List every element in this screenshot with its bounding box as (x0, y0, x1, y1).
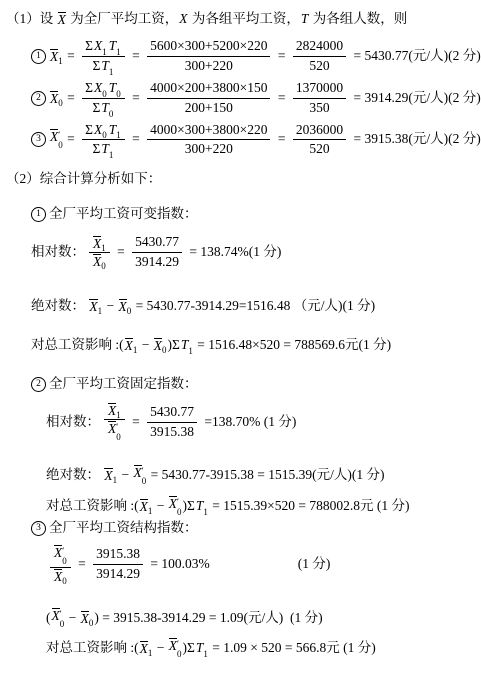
fraction: 1370000350 (293, 80, 346, 117)
formula-x0-bar: 2X0 = ΣX0T0ΣT0 = 4000×200+3800×150200+15… (0, 80, 481, 117)
fraction-numerator: ΣX1T1 (82, 38, 125, 57)
subscript: 1 (101, 244, 106, 253)
fraction-numerator: ΣX0T1 (82, 122, 125, 141)
math-variable: X1 (50, 49, 63, 64)
variable-letter: X (94, 80, 102, 95)
variable: T (181, 337, 189, 354)
text-run: Σ (93, 58, 101, 75)
overline-variable: X (54, 545, 62, 560)
math-variable: X0 (119, 299, 132, 314)
prime-subscript-stack: ′0 (116, 423, 121, 442)
subscript: 1 (116, 411, 121, 420)
text-run: = (64, 48, 78, 65)
subscript: 1 (113, 476, 118, 485)
fraction-numerator: 3915.38 (93, 546, 143, 565)
text-run: − (138, 337, 152, 354)
variable-letter: X (50, 49, 58, 64)
text-run: Σ (85, 38, 93, 55)
variable-letter: X (134, 465, 142, 480)
subscript: 0 (177, 508, 182, 517)
math-variable: X1 (104, 468, 117, 483)
variable-letter: X (94, 122, 102, 137)
relative-number-variable: 相对数：X1X0 = 5430.773914.29 = 138.74%(1 分) (0, 234, 481, 271)
math-variable: X1 (94, 38, 107, 55)
text-run: = 1516.48×520 = 788569.6元(1 分) (194, 337, 391, 354)
variable-letter: X (108, 403, 116, 418)
math-variable: T1 (196, 640, 208, 657)
text-run: = 3914.29(元/人) (350, 90, 448, 107)
prime-mark: ′ (60, 610, 62, 619)
variable-letter: X (140, 641, 148, 656)
text-run: = (75, 556, 89, 573)
variable: T (109, 38, 117, 55)
math-variable: T1 (181, 337, 193, 354)
variable-letter: X (125, 338, 133, 353)
overline-variable: X (140, 641, 148, 656)
text-run: 为全厂平均工资， (67, 11, 178, 28)
circled-number: 1 (31, 49, 46, 64)
text-run: 2036000 (296, 122, 343, 139)
variable: T (101, 141, 109, 158)
prime-subscript-stack: ′0 (58, 131, 63, 150)
fraction: 2824000520 (293, 38, 346, 75)
fraction-denominator: 350 (309, 99, 329, 117)
fraction-denominator: ΣT0 (93, 99, 115, 117)
relative-number-structure: X′0X0 = 3915.383914.29 = 100.03%(1 分) (0, 545, 481, 584)
text-run: 绝对数： (46, 467, 103, 484)
overline-variable: X (50, 91, 58, 106)
math-variable: T (301, 11, 309, 28)
overline-variable: X (52, 608, 60, 623)
fraction: X1X′0 (104, 403, 125, 442)
variable: T (196, 498, 204, 515)
variable: T (109, 122, 117, 139)
variable-letter: T (101, 100, 109, 115)
text-run: 300+220 (185, 58, 233, 75)
prime-subscript-stack: ′0 (177, 498, 182, 517)
text-run: − (65, 610, 79, 627)
fraction: 3915.383914.29 (93, 546, 143, 583)
variable: X (94, 38, 102, 55)
text-run: 520 (309, 141, 329, 158)
text-run: = 5430.77-3915.38 = 1515.39(元/人)(1 分) (147, 467, 384, 484)
prime-mark: ′ (58, 131, 60, 140)
text-run: 对总工资影响 :( (31, 337, 124, 354)
overline-variable: X (108, 403, 116, 418)
overline-variable: X (50, 49, 58, 64)
text-run: = (129, 90, 143, 107)
fraction: 4000×300+3800×220300+220 (147, 122, 270, 159)
text-run: 为各组人数，则 (309, 11, 407, 28)
text-run: − (153, 498, 167, 515)
overline-variable: X (50, 129, 58, 144)
math-variable: X′0 (169, 496, 182, 517)
total-wage-effect-variable: 对总工资影响 :(X1 − X0)ΣT1 = 1516.48×520 = 788… (0, 336, 481, 355)
fraction-denominator: ΣT1 (93, 57, 115, 75)
subscript: 1 (58, 57, 63, 66)
variable-letter: X (104, 468, 112, 483)
fraction-numerator: X1 (89, 236, 110, 253)
text-run: Σ (93, 141, 101, 158)
text-run: 5430.77 (135, 234, 179, 251)
text-run: 对总工资影响 :( (46, 498, 139, 515)
text-run: 全厂平均工资可变指数： (49, 206, 198, 223)
overline-variable: X (169, 638, 177, 653)
overline-variable: X (154, 338, 162, 353)
text-run: 相对数： (31, 244, 85, 261)
subscript: 0 (127, 307, 132, 316)
subscript: 0 (102, 131, 107, 140)
fraction-numerator: 2036000 (293, 122, 346, 141)
variable-letter: X (50, 129, 58, 144)
text-run: 5600×300+5200×220 (150, 38, 267, 55)
overline-variable: X (93, 236, 101, 251)
text-run: = (129, 414, 143, 431)
text-run: 1370000 (296, 80, 343, 97)
text-run: （1）设 (6, 11, 57, 28)
text-run: = 100.03% (147, 556, 210, 573)
subscript: 1 (133, 346, 138, 355)
circled-number: 1 (31, 207, 46, 222)
variable-letter: X (93, 236, 101, 251)
math-variable: X1 (140, 499, 153, 514)
variable-letter: X (52, 608, 60, 623)
absolute-number-variable: 绝对数： X1 − X0 = 5430.77-3914.29=1516.48 （… (0, 297, 481, 316)
variable-letter: T (101, 141, 109, 156)
variable-letter: X (93, 254, 101, 269)
math-variable: X′0 (134, 465, 147, 486)
overline-variable: X (89, 299, 97, 314)
variable: T (196, 640, 204, 657)
variable-letter: X (94, 38, 102, 53)
overline-variable: X (125, 338, 133, 353)
subscript: 1 (116, 48, 121, 57)
variable: X (94, 80, 102, 97)
variable: X (94, 122, 102, 139)
text-run: )Σ (168, 337, 180, 354)
formula-x1-bar: 1X1 = ΣX1T1ΣT1 = 5600×300+5200×220300+22… (0, 38, 481, 75)
text-run: 全厂平均工资结构指数： (49, 520, 198, 537)
subscript: 1 (102, 48, 107, 57)
math-variable: X0 (54, 569, 67, 584)
fraction-denominator: X′0 (107, 420, 122, 442)
total-wage-effect-structure: 对总工资影响 :(X1 − X′0)ΣT1 = 1.09 × 520 = 566… (0, 638, 481, 659)
text-run: 全厂平均工资固定指数： (49, 376, 198, 393)
subscript: 0 (62, 557, 67, 566)
overline-variable: X (140, 499, 148, 514)
text-run: = 1515.39×520 = 788002.8元 (1 分) (209, 498, 410, 515)
text-run: − (118, 467, 132, 484)
overline-variable: X (108, 421, 116, 436)
absolute-number-fixed: 绝对数： X1 − X′0 = 5430.77-3915.38 = 1515.3… (0, 465, 481, 486)
fraction: X1X0 (89, 236, 110, 269)
math-variable: X1 (108, 403, 121, 418)
document-page: （1）设 X 为全厂平均工资，X 为各组平均工资，T 为各组人数，则1X1 = … (0, 0, 481, 675)
subscript: 1 (148, 507, 153, 516)
fraction-numerator: X1 (104, 403, 125, 420)
variable-letter: T (101, 58, 109, 73)
circled-number: 2 (31, 377, 46, 392)
score-label: (2 分) (448, 90, 481, 107)
text-run: 200+150 (185, 100, 233, 117)
text-run: 2824000 (296, 38, 343, 55)
subscript: 0 (102, 90, 107, 99)
circled-number: 3 (31, 132, 46, 147)
text-run: = (129, 48, 143, 65)
subscript: 0 (89, 619, 94, 628)
fraction: 5430.773915.38 (147, 404, 197, 441)
variable-letter: X (81, 611, 89, 626)
text-run: Σ (85, 80, 93, 97)
fraction: ΣX0T1ΣT1 (82, 122, 125, 159)
fraction: 5600×300+5200×220300+220 (147, 38, 270, 75)
text-run: 为各组平均工资， (189, 11, 300, 28)
variable: T (101, 100, 109, 117)
fraction-denominator: 300+220 (185, 140, 233, 158)
math-variable: X1 (140, 641, 153, 656)
math-variable: T1 (101, 141, 113, 158)
text-run: (1 分) (298, 556, 331, 573)
text-run: Σ (85, 122, 93, 139)
fraction-denominator: X0 (92, 253, 107, 269)
subscript: 0 (109, 110, 114, 119)
variable-letter: T (109, 38, 117, 53)
subscript: 1 (203, 508, 208, 517)
variable-letter: X (179, 11, 187, 26)
circled-number: 2 (31, 91, 46, 106)
text-run: 3914.29 (135, 254, 179, 271)
text-run: =138.70% (1 分) (201, 414, 296, 431)
fraction-denominator: X0 (53, 568, 68, 584)
fraction-denominator: 200+150 (185, 99, 233, 117)
text-run: = 5430.77(元/人) (350, 48, 448, 65)
text-run: 4000×300+3800×220 (150, 122, 267, 139)
fraction-denominator: 3914.29 (96, 565, 140, 583)
variable-letter: T (109, 80, 117, 95)
part1-intro-line: （1）设 X 为全厂平均工资，X 为各组平均工资，T 为各组人数，则 (0, 10, 481, 29)
text-run: 300+220 (185, 141, 233, 158)
relative-number-fixed: 相对数：X1X′0 = 5430.773915.38 =138.70% (1 分… (0, 403, 481, 442)
prime-mark: ′ (177, 640, 179, 649)
math-variable: T1 (109, 122, 121, 139)
subscript: 1 (109, 151, 114, 160)
variable-letter: T (181, 337, 189, 352)
math-variable: T1 (196, 498, 208, 515)
fraction-denominator: 520 (309, 140, 329, 158)
section2-heading-fixed-index: 2全厂平均工资固定指数： (0, 375, 481, 394)
subscript: 1 (98, 307, 103, 316)
prime-subscript-stack: ′0 (142, 467, 147, 486)
prime-mark: ′ (177, 498, 179, 507)
text-run: （2）综合计算分析如下： (6, 171, 161, 188)
subscript: 0 (60, 620, 65, 629)
subscript: 0 (62, 577, 67, 586)
subscript: 1 (188, 347, 193, 356)
variable-letter: X (50, 91, 58, 106)
math-variable: X′0 (50, 129, 63, 150)
subscript: 0 (58, 141, 63, 150)
fraction-numerator: 2824000 (293, 38, 346, 57)
fraction-numerator: ΣX0T0 (82, 80, 125, 99)
overline-variable: X (169, 496, 177, 511)
text-run: = 1.09 × 520 = 566.8元 (1 分) (209, 640, 376, 657)
subscript: 1 (116, 131, 121, 140)
text-run: 3915.38 (96, 546, 140, 563)
circled-number: 3 (31, 521, 46, 536)
subscript: 0 (116, 90, 121, 99)
math-variable: X′0 (52, 608, 65, 629)
math-variable: T1 (109, 38, 121, 55)
fraction-denominator: 3915.38 (150, 423, 194, 441)
overline-variable: X (104, 468, 112, 483)
score-label: (2 分) (448, 131, 481, 148)
variable-letter: X (108, 421, 116, 436)
subscript: 1 (148, 649, 153, 658)
subscript: 0 (177, 650, 182, 659)
variable-letter: T (109, 122, 117, 137)
text-run: = (129, 131, 143, 148)
math-variable: T0 (101, 100, 113, 117)
prime-mark: ′ (116, 423, 118, 432)
subscript: 0 (58, 99, 63, 108)
text-run: )Σ (183, 640, 195, 657)
fraction-denominator: 300+220 (185, 57, 233, 75)
text-run: Σ (93, 100, 101, 117)
part2-intro-line: （2）综合计算分析如下： (0, 170, 481, 189)
fraction: 5430.773914.29 (132, 234, 182, 271)
math-variable: X′0 (169, 638, 182, 659)
text-run: = 138.74%(1 分) (186, 244, 281, 261)
text-run: ) = 3915.38-3914.29 = 1.09(元/人) (1 分) (94, 610, 322, 627)
fraction-numerator: 4000×300+3800×220 (147, 122, 270, 141)
prime-mark: ′ (142, 467, 144, 476)
subscript: 0 (142, 477, 147, 486)
text-run: = 3915.38(元/人) (350, 131, 448, 148)
variable: T (101, 58, 109, 75)
overline-variable: X (81, 611, 89, 626)
fraction-numerator: 4000×200+3800×150 (147, 80, 270, 99)
text-run: = 5430.77-3914.29=1516.48 （元/人)(1 分) (132, 298, 375, 315)
fraction: X′0X0 (50, 545, 71, 584)
math-variable: X1 (89, 299, 102, 314)
variable-letter: X (58, 12, 66, 27)
variable: X (179, 11, 187, 28)
overline-variable: X (134, 465, 142, 480)
variable-letter: T (196, 640, 204, 655)
document-body: （1）设 X 为全厂平均工资，X 为各组平均工资，T 为各组人数，则1X1 = … (0, 10, 481, 659)
math-variable: X0 (94, 122, 107, 139)
absolute-number-structure: (X′0 − X0) = 3915.38-3914.29 = 1.09(元/人)… (0, 608, 481, 629)
subscript: 1 (203, 650, 208, 659)
subscript: 1 (109, 68, 114, 77)
overline-variable: X (54, 569, 62, 584)
total-wage-effect-fixed: 对总工资影响 :(X1 − X′0)ΣT1 = 1515.39×520 = 78… (0, 496, 481, 517)
text-run: = (274, 131, 288, 148)
text-run: = (114, 244, 128, 261)
math-variable: X0 (81, 611, 94, 626)
variable-letter: X (140, 499, 148, 514)
fraction-denominator: 3914.29 (135, 253, 179, 271)
subscript: 0 (101, 262, 106, 271)
text-run: 520 (309, 58, 329, 75)
score-label: (2 分) (448, 48, 481, 65)
text-run: )Σ (183, 498, 195, 515)
fraction: 4000×200+3800×150200+150 (147, 80, 270, 117)
math-variable: X (179, 11, 187, 28)
fraction: ΣX1T1ΣT1 (82, 38, 125, 75)
math-variable: X′0 (108, 421, 121, 442)
text-run: 相对数： (46, 414, 100, 431)
math-variable: X0 (93, 254, 106, 269)
variable-letter: X (154, 338, 162, 353)
text-run: 3914.29 (96, 566, 140, 583)
variable-letter: X (169, 496, 177, 511)
math-variable: T0 (109, 80, 121, 97)
subscript: 0 (162, 346, 167, 355)
text-run: 5430.77 (150, 404, 194, 421)
math-variable: X′0 (54, 545, 67, 566)
math-variable: T1 (101, 58, 113, 75)
variable: T (109, 80, 117, 97)
prime-subscript-stack: ′0 (62, 547, 67, 566)
prime-subscript-stack: ′0 (60, 610, 65, 629)
text-run: 350 (309, 100, 329, 117)
variable-letter: X (89, 299, 97, 314)
formula-x0-prime-bar: 3X′0 = ΣX0T1ΣT1 = 4000×300+3800×220300+2… (0, 122, 481, 159)
variable: T (301, 11, 309, 28)
text-run: = (274, 90, 288, 107)
math-variable: X1 (93, 236, 106, 251)
text-run: = (64, 131, 78, 148)
variable-letter: X (54, 545, 62, 560)
fraction-denominator: ΣT1 (93, 140, 115, 158)
fraction: 2036000520 (293, 122, 346, 159)
text-run: = (274, 48, 288, 65)
text-run: 绝对数： (31, 298, 88, 315)
text-run: 对总工资影响 :( (46, 640, 139, 657)
fraction-numerator: X′0 (50, 545, 71, 568)
section3-heading-structure-index: 3全厂平均工资结构指数： (0, 519, 481, 538)
prime-mark: ′ (62, 547, 64, 556)
math-variable: X0 (50, 91, 63, 106)
variable-letter: X (169, 638, 177, 653)
prime-subscript-stack: ′0 (177, 640, 182, 659)
overline-variable: X (93, 254, 101, 269)
variable-letter: T (196, 498, 204, 513)
subscript: 0 (116, 433, 121, 442)
text-run: 3915.38 (150, 424, 194, 441)
fraction-numerator: 5600×300+5200×220 (147, 38, 270, 57)
text-run: − (103, 298, 117, 315)
fraction: ΣX0T0ΣT0 (82, 80, 125, 117)
text-run: ( (46, 610, 51, 627)
math-variable: X (58, 12, 66, 27)
math-variable: X0 (154, 338, 167, 353)
math-variable: X0 (94, 80, 107, 97)
fraction-numerator: 1370000 (293, 80, 346, 99)
fraction-denominator: 520 (309, 57, 329, 75)
overline-variable: X (119, 299, 127, 314)
variable-letter: X (119, 299, 127, 314)
math-variable: X1 (125, 338, 138, 353)
variable-letter: X (54, 569, 62, 584)
section1-heading-variable-index: 1全厂平均工资可变指数： (0, 205, 481, 224)
text-run: − (153, 640, 167, 657)
fraction-numerator: 5430.77 (132, 234, 182, 253)
text-run: 4000×200+3800×150 (150, 80, 267, 97)
variable-letter: T (301, 11, 309, 26)
fraction-numerator: 5430.77 (147, 404, 197, 423)
